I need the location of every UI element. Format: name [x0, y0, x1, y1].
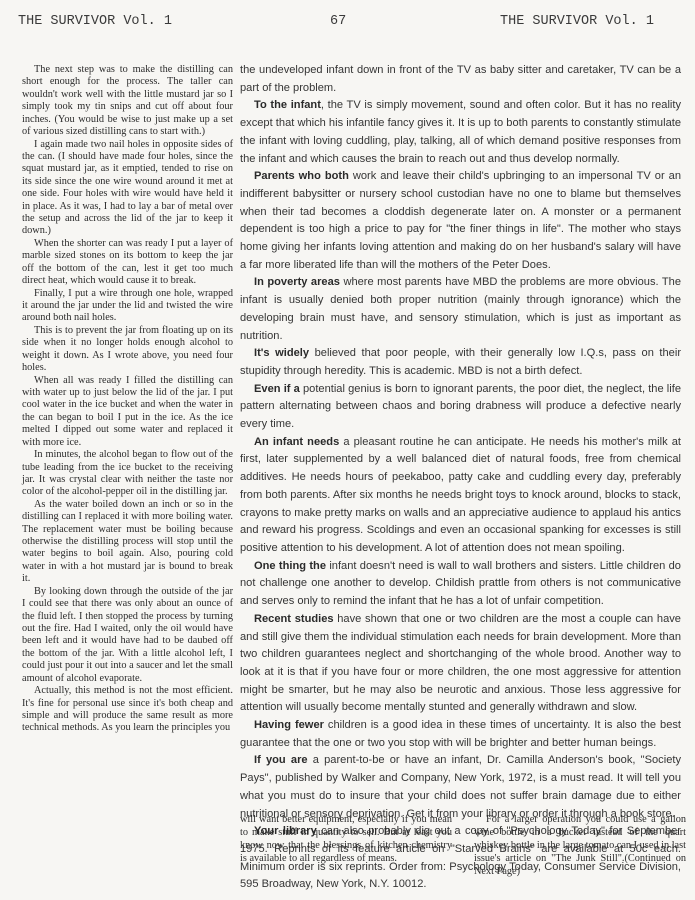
- paragraph: I again made two nail holes in opposite …: [22, 139, 233, 238]
- paragraph: Finally, I put a wire through one hole, …: [22, 288, 233, 325]
- paragraph: This is to prevent the jar from floating…: [22, 325, 233, 375]
- left-column-article: The next step was to make the distilling…: [22, 64, 233, 735]
- paragraph: An infant needs a pleasant routine he ca…: [240, 434, 681, 558]
- paragraph-body: work and leave their child's upbringing …: [240, 170, 681, 271]
- paragraph: When all was ready I filled the distilli…: [22, 375, 233, 450]
- running-title-right: THE SURVIVOR Vol. 1: [500, 14, 654, 29]
- paragraph: In minutes, the alcohol began to flow ou…: [22, 449, 233, 499]
- paragraph: As the water boiled down an inch or so i…: [22, 499, 233, 586]
- paragraph-body: have shown that one or two children are …: [240, 613, 681, 714]
- paragraph-body: a pleasant routine he can anticipate. He…: [240, 436, 681, 554]
- paragraph: In poverty areas where most parents have…: [240, 274, 681, 345]
- bottom-left-column: will want better equipment, especially i…: [240, 814, 452, 866]
- paragraph: One thing the infant doesn't need is wal…: [240, 558, 681, 611]
- paragraph-lead-in: If you are: [254, 754, 308, 766]
- paragraph: By looking down through the outside of t…: [22, 586, 233, 685]
- paragraph: Even if a potential genius is born to ig…: [240, 381, 681, 434]
- paragraph: When the shorter can was ready I put a l…: [22, 238, 233, 288]
- paragraph: To the infant, the TV is simply movement…: [240, 97, 681, 168]
- page-number: 67: [330, 14, 346, 29]
- paragraph-lead-in: To the infant: [254, 99, 321, 111]
- paragraph: Having fewer children is a good idea in …: [240, 717, 681, 752]
- paragraph: Parents who both work and leave their ch…: [240, 168, 681, 274]
- page-header: THE SURVIVOR Vol. 1 67 THE SURVIVOR Vol.…: [0, 14, 695, 34]
- continuation-paragraph: the undeveloped infant down in front of …: [240, 62, 681, 97]
- paragraph: For a larger operation you could use a g…: [474, 814, 686, 879]
- paragraph-lead-in: Even if a: [254, 383, 300, 395]
- paragraph: The next step was to make the distilling…: [22, 64, 233, 139]
- paragraph: If you are a parent-to-be or have an inf…: [240, 752, 681, 823]
- running-title-left: THE SURVIVOR Vol. 1: [18, 14, 172, 29]
- paragraph: Actually, this method is not the most ef…: [22, 685, 233, 735]
- paragraph-lead-in: Having fewer: [254, 719, 324, 731]
- paragraph-lead-in: Recent studies: [254, 613, 334, 625]
- paragraph-lead-in: It's widely: [254, 347, 309, 359]
- right-column-article: the undeveloped infant down in front of …: [240, 62, 681, 894]
- paragraph-lead-in: Parents who both: [254, 170, 349, 182]
- paragraph-lead-in: An infant needs: [254, 436, 339, 448]
- paragraph-lead-in: In poverty areas: [254, 276, 340, 288]
- paragraph-body: potential genius is born to ignorant par…: [240, 383, 681, 430]
- paragraph: will want better equipment, especially i…: [240, 814, 452, 866]
- bottom-right-column: For a larger operation you could use a g…: [474, 814, 686, 879]
- paragraph: Recent studies have shown that one or tw…: [240, 611, 681, 717]
- paragraph-lead-in: One thing the: [254, 560, 326, 572]
- paragraph: It's widely believed that poor people, w…: [240, 345, 681, 380]
